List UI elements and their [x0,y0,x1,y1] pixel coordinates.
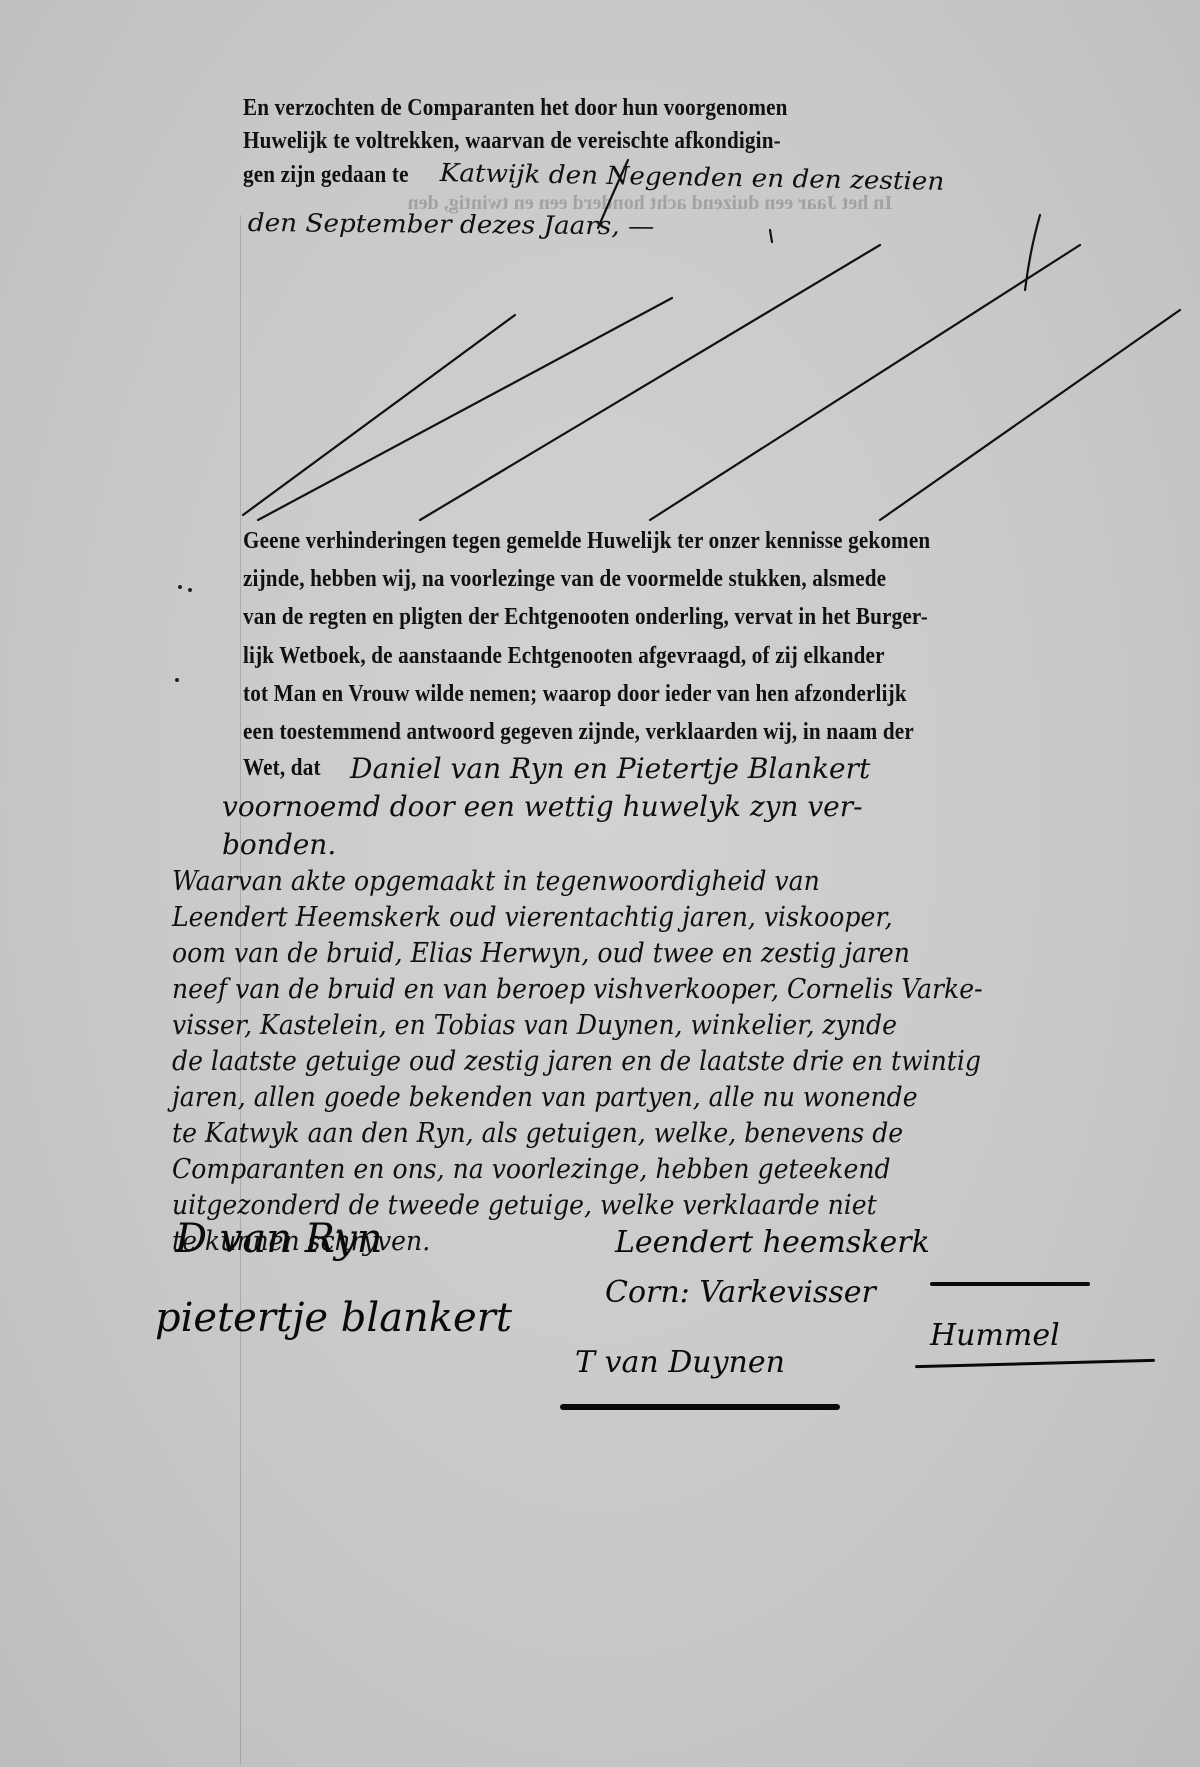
printed-line-10: Wet, dat [243,755,321,782]
signature-bride: pietertje blankert [155,1295,512,1341]
signature-witness-varkevisser: Corn: Varkevisser [605,1275,876,1310]
printed-line-7: lijk Wetboek, de aanstaande Echtgenooten… [243,643,885,670]
signature-witness-van-duynen: T van Duynen [575,1345,785,1380]
signature-flourish [930,1282,1090,1286]
handwritten-witness-line-1: Waarvan akte opgemaakt in tegenwoordighe… [172,866,820,897]
printed-line-4: Geene verhinderingen tegen gemelde Huwel… [243,528,930,555]
printed-line-9: een toestemmend antwoord gegeven zijnde,… [243,719,914,746]
ink-mark [178,585,182,589]
cancellation-strokes [0,0,1200,560]
handwritten-witness-line-3: oom van de bruid, Elias Herwyn, oud twee… [172,938,910,969]
handwritten-declaration-end: bonden. [222,828,336,861]
handwritten-witness-line-2: Leendert Heemskerk oud vierentachtig jar… [172,902,893,933]
signature-flourish [560,1404,840,1410]
ink-mark [188,588,192,592]
signature-official: Hummel [930,1318,1060,1353]
handwritten-witness-line-9: Comparanten en ons, na voorlezinge, hebb… [172,1154,891,1185]
ink-mark [175,678,179,682]
handwritten-witness-line-7: jaren, allen goede bekenden van partyen,… [172,1082,918,1113]
signature-groom: D van Ryn [175,1216,382,1262]
handwritten-witness-line-8: te Katwyk aan den Ryn, als getuigen, wel… [172,1118,903,1149]
handwritten-witness-line-4: neef van de bruid en van beroep vishverk… [172,974,983,1005]
handwritten-couple-names: Daniel van Ryn en Pietertje Blankert [350,752,870,785]
signature-witness-heemskerk: Leendert heemskerk [615,1225,930,1260]
printed-line-8: tot Man en Vrouw wilde nemen; waarop doo… [243,681,907,708]
printed-line-6: van de regten en pligten der Echtgenoote… [243,604,928,631]
handwritten-witness-line-5: visser, Kastelein, en Tobias van Duynen,… [172,1010,897,1041]
handwritten-witness-line-6: de laatste getuige oud zestig jaren en d… [172,1046,981,1077]
handwritten-declaration: voornoemd door een wettig huwelyk zyn ve… [222,790,863,823]
printed-line-5: zijnde, hebben wij, na voorlezinge van d… [243,566,886,593]
